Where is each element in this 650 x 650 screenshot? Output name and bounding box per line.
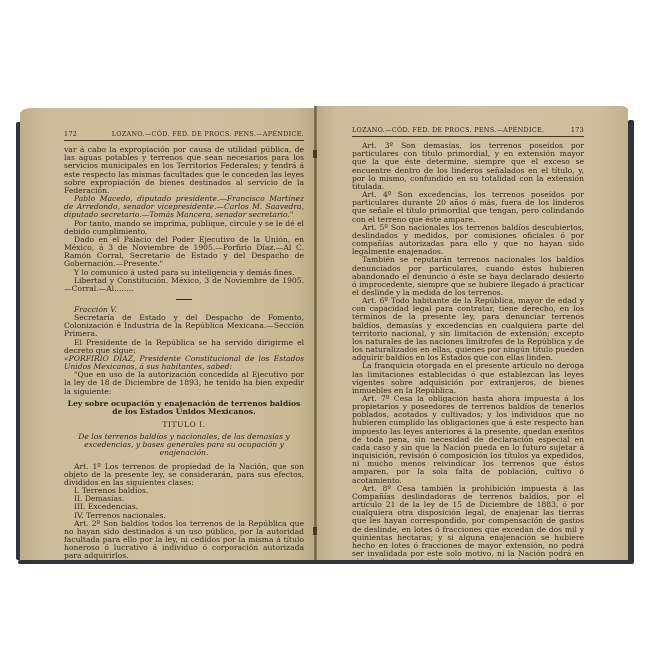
paragraph: La franquicia otorgada en el presente ar… [352,362,584,395]
paragraph: El Presidente de la República se ha serv… [64,339,304,355]
left-running-title: LOZANO.—CÓD. FED. DE PROCS. PENS.—APÉNDI… [112,130,304,138]
article-3: Art. 3º Son demasías, los terrenos poseí… [352,142,584,191]
titulo-subtitle: De los terrenos baldíos y nacionales, de… [64,433,304,457]
left-page-number: 172 [64,130,77,138]
classes-list: I. Terrenos baldíos. II. Demasías. III. … [64,487,304,520]
article-7: Art. 7º Cesa la obligación hasta ahora i… [352,395,584,485]
paragraph: Secretaría de Estado y del Despacho de F… [64,314,304,338]
book-cover-right-edge [628,120,634,564]
article-4: Art. 4º Son excedencias, los terrenos po… [352,191,584,224]
right-running-title: LOZANO.—CÓD. FED. DE PROCS. PENS.—APÉNDI… [352,126,544,134]
left-running-head: 172 LOZANO.—CÓD. FED. DE PROCS. PENS.—AP… [64,130,304,141]
article-8: Art. 8º Cesa también la prohibición impu… [352,485,584,560]
titulo-heading: TITULO I. [64,421,304,429]
paragraph: Por tanto, mando se imprima, publique, c… [64,220,304,236]
right-page-content: LOZANO.—CÓD. FED. DE PROCS. PENS.—APÉNDI… [352,126,584,560]
book-gutter [314,106,317,560]
book-cover-bottom-edge [18,560,632,564]
paragraph: También se reputarán terrenos nacionales… [352,256,584,297]
article-5: Art. 5º Son nacionales los terrenos bald… [352,224,584,257]
paragraph: var á cabo la expropiación por causa de … [64,146,304,195]
left-page-content: 172 LOZANO.—CÓD. FED. DE PROCS. PENS.—AP… [64,130,304,560]
section-divider [176,299,192,300]
binding-stitch [313,150,317,158]
article-2: Art. 2º Son baldíos todos los terrenos d… [64,520,304,560]
right-page-number: 173 [571,126,584,134]
decree-preamble: «PORFIRIO DIAZ, Presidente Constituciona… [64,355,304,371]
article-1: Art. 1º Los terrenos de propiedad de la … [64,463,304,487]
signatures-paragraph: Pablo Macedo, diputado presidente.—Franc… [64,195,304,219]
law-title: Ley sobre ocupación y enajenación de ter… [64,400,304,416]
open-book: 172 LOZANO.—CÓD. FED. DE PROCS. PENS.—AP… [16,102,634,564]
article-6: Art. 6º Todo habitante de la República, … [352,297,584,362]
left-page: 172 LOZANO.—CÓD. FED. DE PROCS. PENS.—AP… [20,108,316,560]
paragraph: Libertad y Constitución. México, 3 de No… [64,277,304,293]
right-page: LOZANO.—CÓD. FED. DE PROCS. PENS.—APÉNDI… [316,106,628,560]
right-running-head: LOZANO.—CÓD. FED. DE PROCS. PENS.—APÉNDI… [352,126,584,137]
paragraph: "Que en uso de la autorización concedida… [64,371,304,395]
paragraph: Dado en el Palacio del Poder Ejecutivo d… [64,236,304,269]
binding-stitch [313,527,317,535]
